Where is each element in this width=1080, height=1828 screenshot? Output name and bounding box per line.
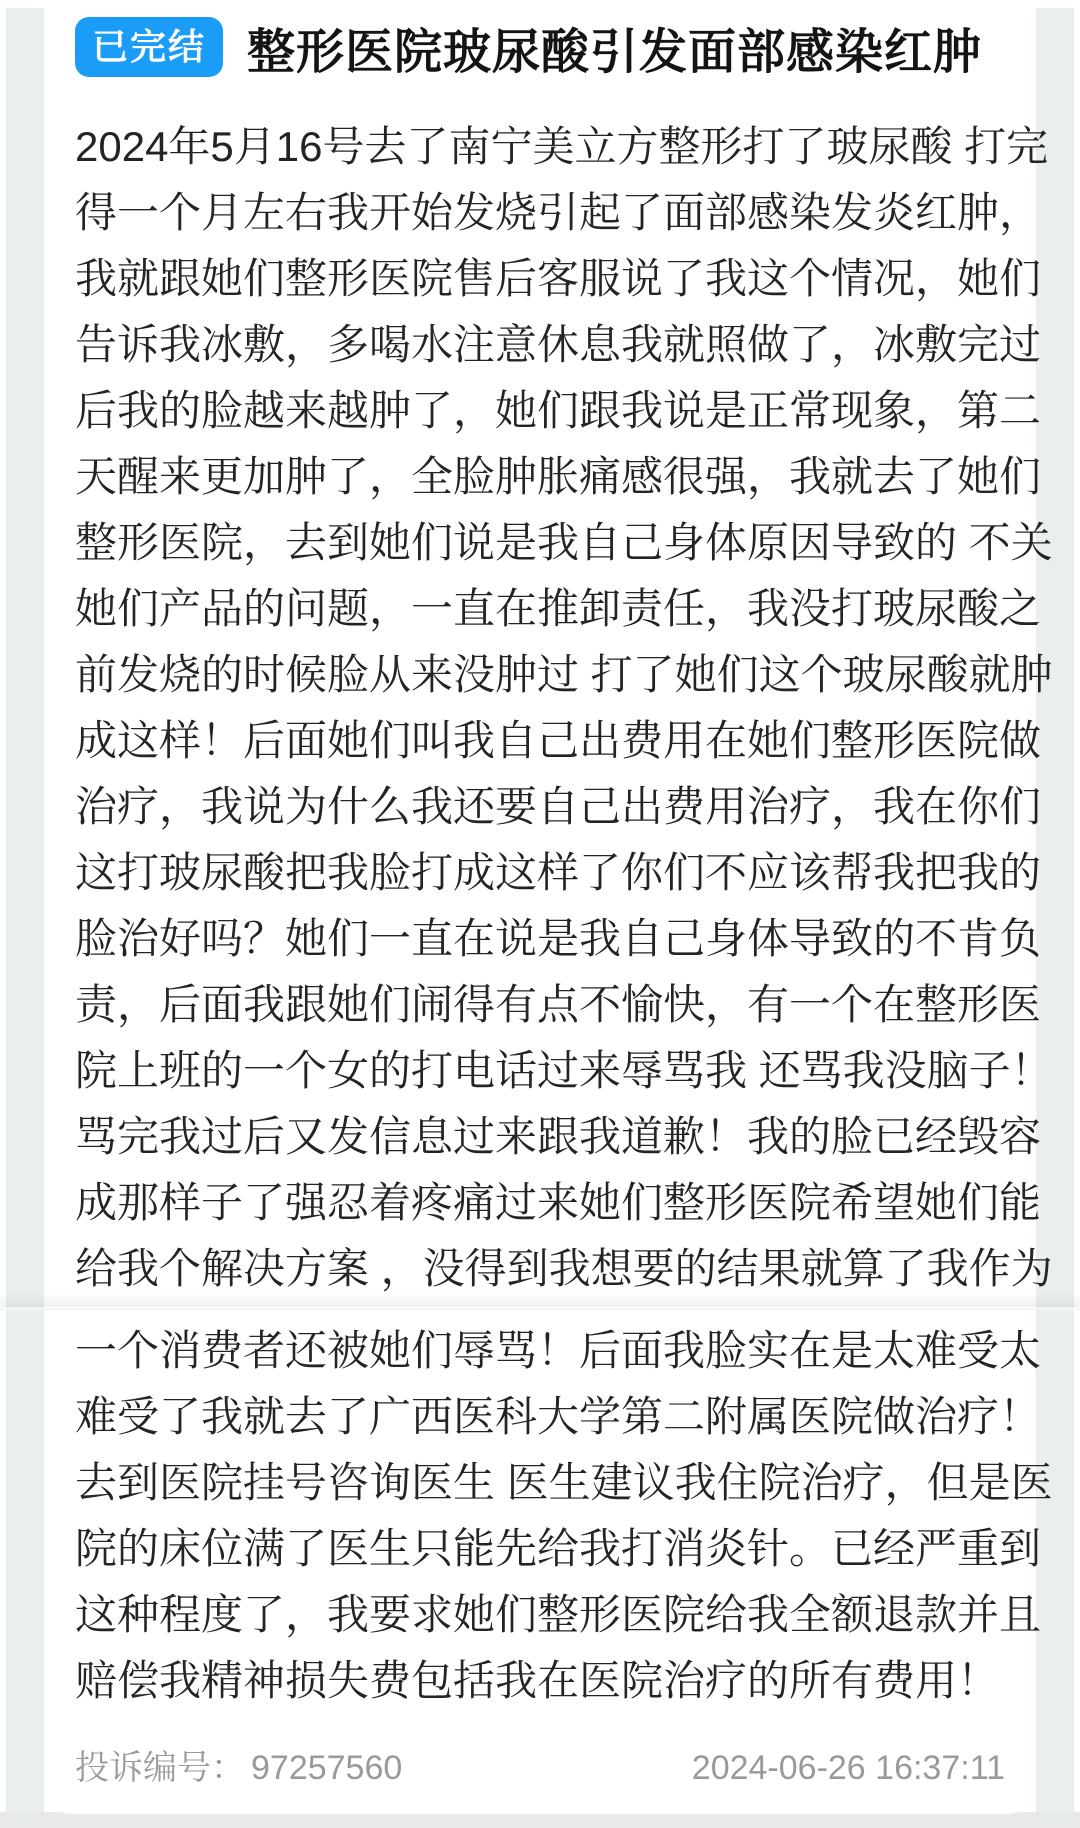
body-line: 治疗，我说为什么我还要自己出费用治疗，我在你们 [75,774,1005,840]
left-gutter [6,8,44,1814]
body-line: 一个消费者还被她们辱骂！后面我脸实在是太难受太 [75,1318,1005,1384]
screenshot-stitch-seam [0,1292,1080,1310]
body-line: 我就跟她们整形医院售后客服说了我这个情况，她们 [75,246,1005,312]
complaint-number-label: 投诉编号： [75,1749,245,1787]
complaint-number-value: 97257560 [251,1749,402,1787]
body-line: 难受了我就去了广西医科大学第二附属医院做治疗！ [75,1384,1005,1450]
body-line: 去到医院挂号咨询医生 医生建议我住院治疗，但是医 [75,1450,1005,1516]
right-gutter [1036,8,1074,1814]
complaint-datetime: 2024-06-26 16:37:11 [692,1748,1005,1788]
body-line: 赔偿我精神损失费包括我在医院治疗的所有费用！ [75,1648,1005,1714]
body-line: 天醒来更加肿了，全脸肿胀痛感很强，我就去了她们 [75,444,1005,510]
body-line: 院上班的一个女的打电话过来辱骂我 还骂我没脑子！ [75,1038,1005,1104]
complaint-body-continued: 一个消费者还被她们辱骂！后面我脸实在是太难受太 难受了我就去了广西医科大学第二附… [75,1318,1005,1714]
body-line: 骂完我过后又发信息过来跟我道歉！我的脸已经毁容 [75,1104,1005,1170]
body-line: 这打玻尿酸把我脸打成这样了你们不应该帮我把我的 [75,840,1005,906]
body-line: 2024年5月16号去了南宁美立方整形打了玻尿酸 打完 [75,114,1005,180]
body-line: 得一个月左右我开始发烧引起了面部感染发炎红肿， [75,180,1005,246]
complaint-footer: 投诉编号：97257560 2024-06-26 16:37:11 [75,1748,1005,1788]
complaint-page: { "page": { "status_badge": "已完结", "titl… [0,0,1080,1828]
body-line: 成那样子了强忍着疼痛过来她们整形医院希望她们能 [75,1170,1005,1236]
body-line: 责，后面我跟她们闹得有点不愉快，有一个在整形医 [75,972,1005,1038]
complaint-header: 已完结 整形医院玻尿酸引发面部感染红肿 [75,16,1005,78]
complaint-body: 2024年5月16号去了南宁美立方整形打了玻尿酸 打完 得一个月左右我开始发烧引… [75,114,1005,1302]
complaint-card: 已完结 整形医院玻尿酸引发面部感染红肿 2024年5月16号去了南宁美立方整形打… [44,0,1036,1814]
bottom-strip [0,1812,1080,1828]
body-line: 这种程度了，我要求她们整形医院给我全额退款并且 [75,1582,1005,1648]
page-title: 整形医院玻尿酸引发面部感染红肿 [247,13,982,82]
body-line: 整形医院，去到她们说是我自己身体原因导致的 不关 [75,510,1005,576]
body-line: 她们产品的问题，一直在推卸责任，我没打玻尿酸之 [75,576,1005,642]
complaint-number: 投诉编号：97257560 [75,1748,402,1788]
body-line: 前发烧的时候脸从来没肿过 打了她们这个玻尿酸就肿 [75,642,1005,708]
body-line: 脸治好吗？她们一直在说是我自己身体导致的不肯负 [75,906,1005,972]
body-line: 后我的脸越来越肿了，她们跟我说是正常现象，第二 [75,378,1005,444]
body-line: 院的床位满了医生只能先给我打消炎针。已经严重到 [75,1516,1005,1582]
status-badge: 已完结 [75,17,223,77]
body-line: 告诉我冰敷，多喝水注意休息我就照做了，冰敷完过 [75,312,1005,378]
body-line: 成这样！后面她们叫我自己出费用在她们整形医院做 [75,708,1005,774]
